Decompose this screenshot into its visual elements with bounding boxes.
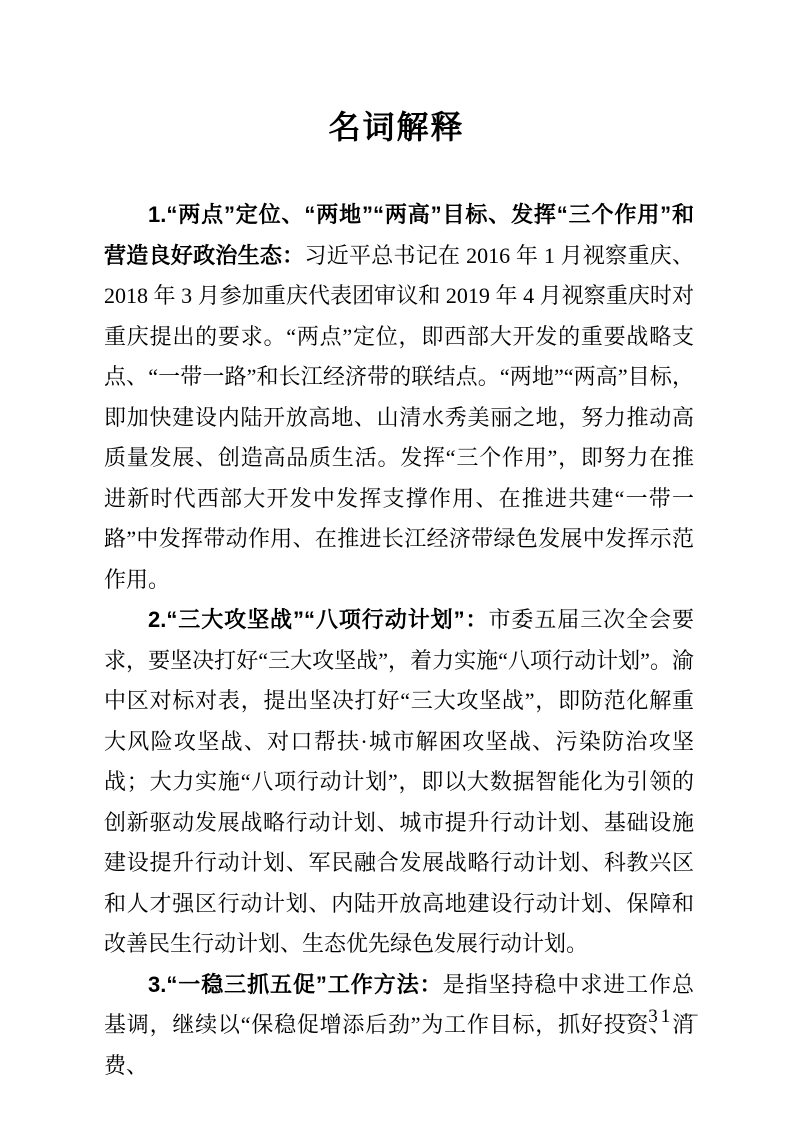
page-title: 名词解释: [0, 0, 793, 148]
document-body: 1.“两点”定位、“两地”“两高”目标、发挥“三个作用”和营造良好政治生态：习近…: [104, 195, 694, 1086]
term-2-text: 市委五届三次全会要求，要坚决打好“三大攻坚战”，着力实施“八项行动计划”。渝中区…: [104, 607, 694, 956]
term-3-heading: 3.“一稳三抓五促”工作方法：: [148, 972, 443, 997]
term-1-text: 习近平总书记在 2016 年 1 月视察重庆、2018 年 3 月参加重庆代表团…: [104, 243, 694, 592]
page-number: － 31 －: [618, 1003, 703, 1031]
term-definition-2: 2.“三大攻坚战”“八项行动计划”：市委五届三次全会要求，要坚决打好“三大攻坚战…: [104, 600, 694, 965]
document-page: 名词解释 1.“两点”定位、“两地”“两高”目标、发挥“三个作用”和营造良好政治…: [0, 0, 793, 1122]
term-2-heading: 2.“三大攻坚战”“八项行动计划”：: [148, 607, 488, 632]
term-definition-3: 3.“一稳三抓五促”工作方法：是指坚持稳中求进工作总基调，继续以“保稳促增添后劲…: [104, 965, 694, 1087]
term-definition-1: 1.“两点”定位、“两地”“两高”目标、发挥“三个作用”和营造良好政治生态：习近…: [104, 195, 694, 600]
